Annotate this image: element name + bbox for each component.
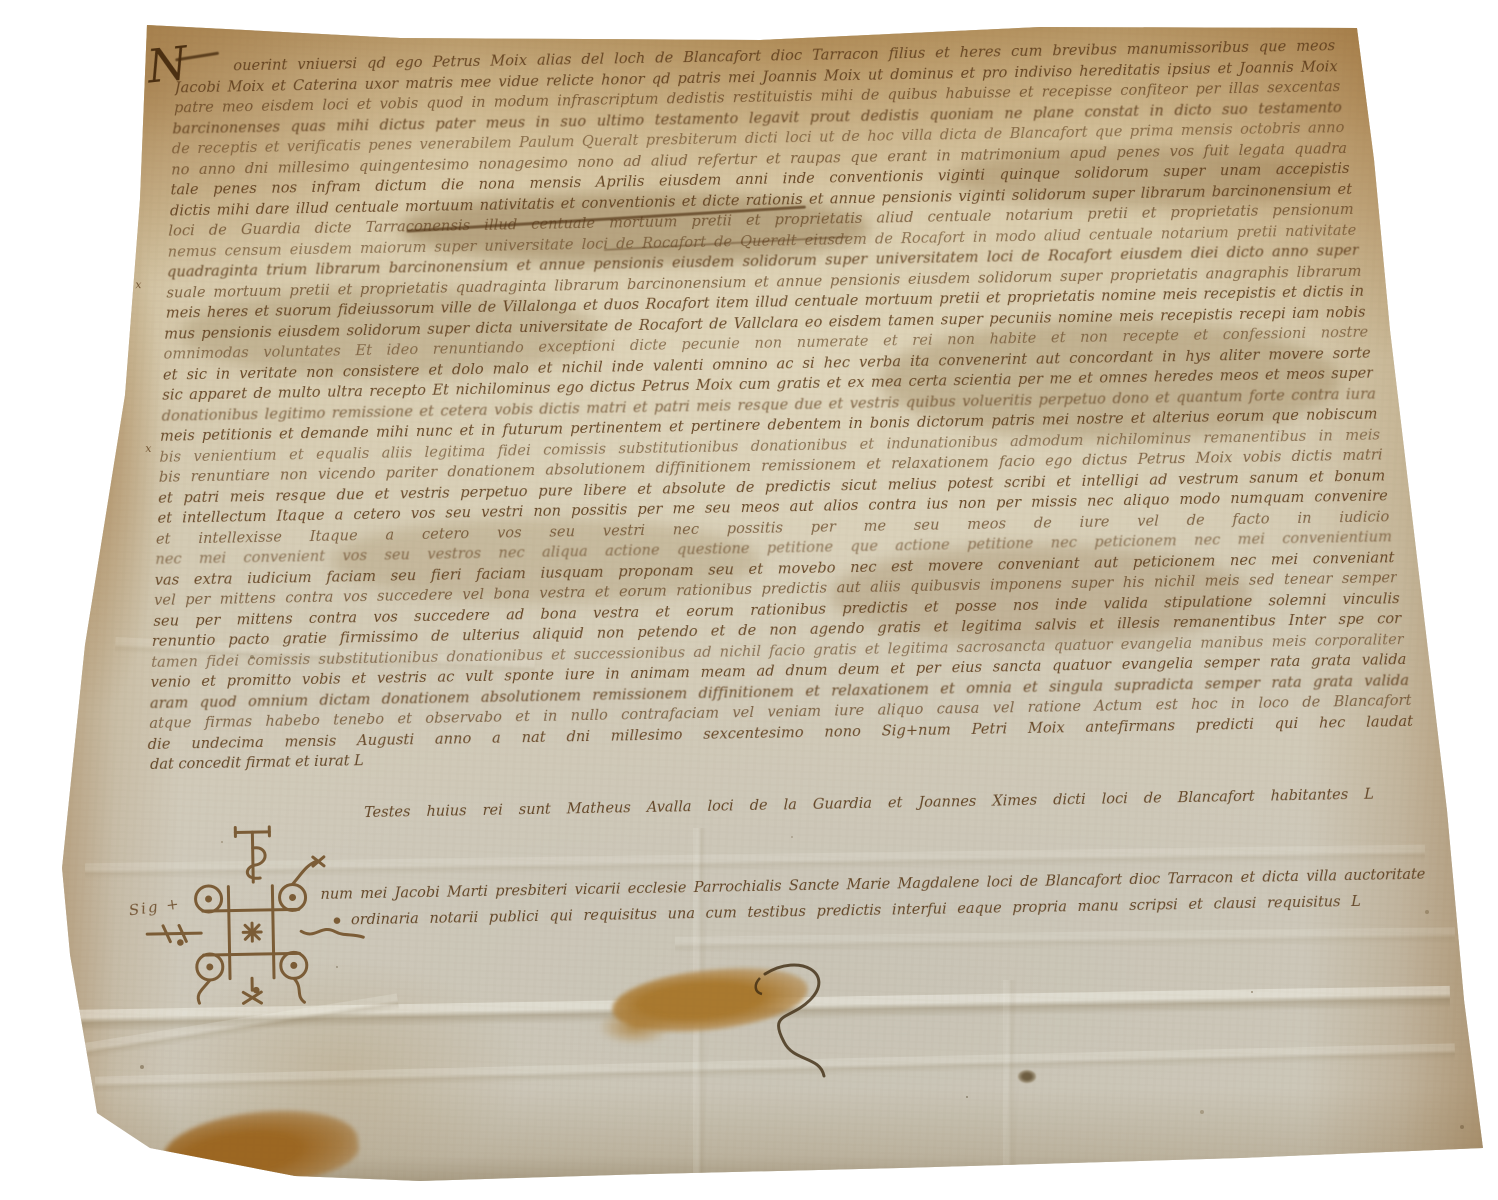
margin-cross-mark: x xyxy=(145,442,151,455)
photograph-of-parchment: N ouerint vniuersi qd ego Petrus Moix al… xyxy=(0,0,1498,1200)
manuscript-lines: ouerint vniuersi qd ego Petrus Moix alia… xyxy=(145,26,1475,50)
crease-line xyxy=(1003,980,1017,1190)
witness-line: Testes huius rei sunt Matheus Avalla loc… xyxy=(364,785,1374,825)
notarial-sign-icon xyxy=(137,818,376,1012)
rust-stain xyxy=(600,1010,670,1044)
margin-cross-mark: x xyxy=(135,278,141,291)
manuscript-text-block: N ouerint vniuersi qd ego Petrus Moix al… xyxy=(145,26,1492,970)
ink-blot-squiggle xyxy=(740,956,850,1086)
rust-stain xyxy=(159,1100,361,1195)
wormhole-spot xyxy=(1018,1070,1036,1083)
parchment-sheet: N ouerint vniuersi qd ego Petrus Moix al… xyxy=(55,20,1490,1188)
closing-line: dat concedit firmat et iurat L xyxy=(150,751,364,775)
